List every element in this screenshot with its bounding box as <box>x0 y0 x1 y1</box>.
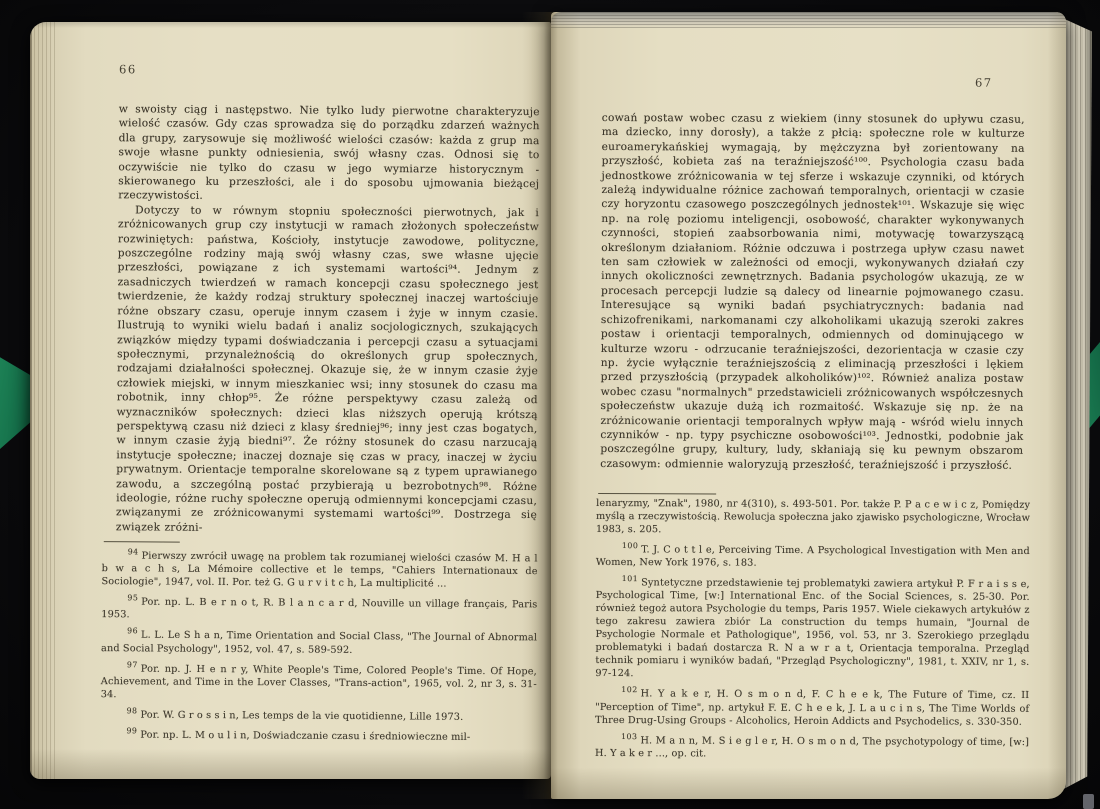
footnote-number: 102 <box>621 686 637 695</box>
left-page-number: 66 <box>119 62 137 76</box>
footnote-number: 97 <box>127 660 138 669</box>
footnote-number: 101 <box>622 574 638 583</box>
footnote: 96L. L. Le S h a n, Time Orientation and… <box>101 625 537 658</box>
footnote-text: Por. np. L. M o u l i n, Doświadczanie c… <box>140 730 470 743</box>
footnote: 94Pierwszy zwrócił uwagę na problem tak … <box>101 545 537 591</box>
footnote-text: Pierwszy zwrócił uwagę na problem tak ro… <box>101 551 537 590</box>
footnote-number: 100 <box>622 541 638 550</box>
footnote: 101Syntetyczne przedstawienie tej proble… <box>595 572 1029 682</box>
paragraph: Dotyczy to w równym stopniu społeczności… <box>116 203 539 537</box>
footnote-text: Por. np. J. H e n r y, White People's Ti… <box>101 663 537 700</box>
footnote-number: 98 <box>127 706 138 715</box>
right-page-body: cowań postaw wobec czasu z wiekiem (inny… <box>600 111 1025 473</box>
footnote-text: H. Y a k e r, H. O s m o n d, F. C h e e… <box>595 689 1029 728</box>
left-page-body: w swoisty ciąg i następstwo. Nie tylko l… <box>116 102 540 537</box>
footnote-text: H. M a n n, M. S i e g l e r, H. O s m o… <box>595 735 1029 759</box>
footnote-continuation: lenaryzmy, "Znak", 1980, nr 4(310), s. 4… <box>596 497 1030 538</box>
footnote-text: Syntetyczne przedstawienie tej problemat… <box>595 578 1029 680</box>
footnote-number: 94 <box>128 547 139 556</box>
footnote-text: Por. W. G r o s s i n, Les temps de la v… <box>140 710 463 723</box>
footnote-number: 99 <box>126 726 137 735</box>
footnote: 103H. M a n n, M. S i e g l e r, H. O s … <box>595 730 1029 762</box>
right-page-content: 67 cowań postaw wobec czasu z wiekiem (i… <box>548 12 1066 801</box>
book-scan: 66 w swoisty ciąg i następstwo. Nie tylk… <box>0 0 1100 809</box>
footnote: 100T. J. C o t t l e, Perceiving Time. A… <box>596 539 1030 571</box>
footnote: 97Por. np. J. H e n r y, White People's … <box>101 658 537 704</box>
footnote: 99Por. np. L. M o u l i n, Doświadczanie… <box>100 724 536 744</box>
scan-artifact <box>1083 794 1094 809</box>
footnote: 95Por. np. L. B e r n o t, R. B l a n c … <box>101 591 537 624</box>
footnote-separator <box>598 493 716 495</box>
footnote-number: 96 <box>127 627 138 636</box>
footnote-separator <box>104 541 180 543</box>
footnote-text: Por. np. L. B e r n o t, R. B l a n c a … <box>101 597 537 621</box>
footnote: 98Por. W. G r o s s i n, Les temps de la… <box>101 704 537 724</box>
right-page: 67 cowań postaw wobec czasu z wiekiem (i… <box>551 12 1066 799</box>
footnote-text: T. J. C o t t l e, Perceiving Time. A Ps… <box>596 544 1030 569</box>
paragraph: w swoisty ciąg i następstwo. Nie tylko l… <box>118 102 540 206</box>
right-page-footnotes: lenaryzmy, "Znak", 1980, nr 4(310), s. 4… <box>595 493 1030 765</box>
paragraph: cowań postaw wobec czasu z wiekiem (inny… <box>600 111 1025 473</box>
left-page-content: 66 w swoisty ciąg i następstwo. Nie tylk… <box>25 22 551 783</box>
footnote-number: 103 <box>621 732 637 741</box>
footnote: 102H. Y a k e r, H. O s m o n d, F. C h … <box>595 683 1029 728</box>
footnote-text: L. L. Le S h a n, Time Orientation and S… <box>101 630 537 655</box>
left-page: 66 w swoisty ciąg i następstwo. Nie tylk… <box>30 22 551 779</box>
left-page-footnotes: 94Pierwszy zwrócił uwagę na problem tak … <box>100 541 537 747</box>
footnote-number: 95 <box>127 594 138 603</box>
right-page-number: 67 <box>975 76 993 90</box>
